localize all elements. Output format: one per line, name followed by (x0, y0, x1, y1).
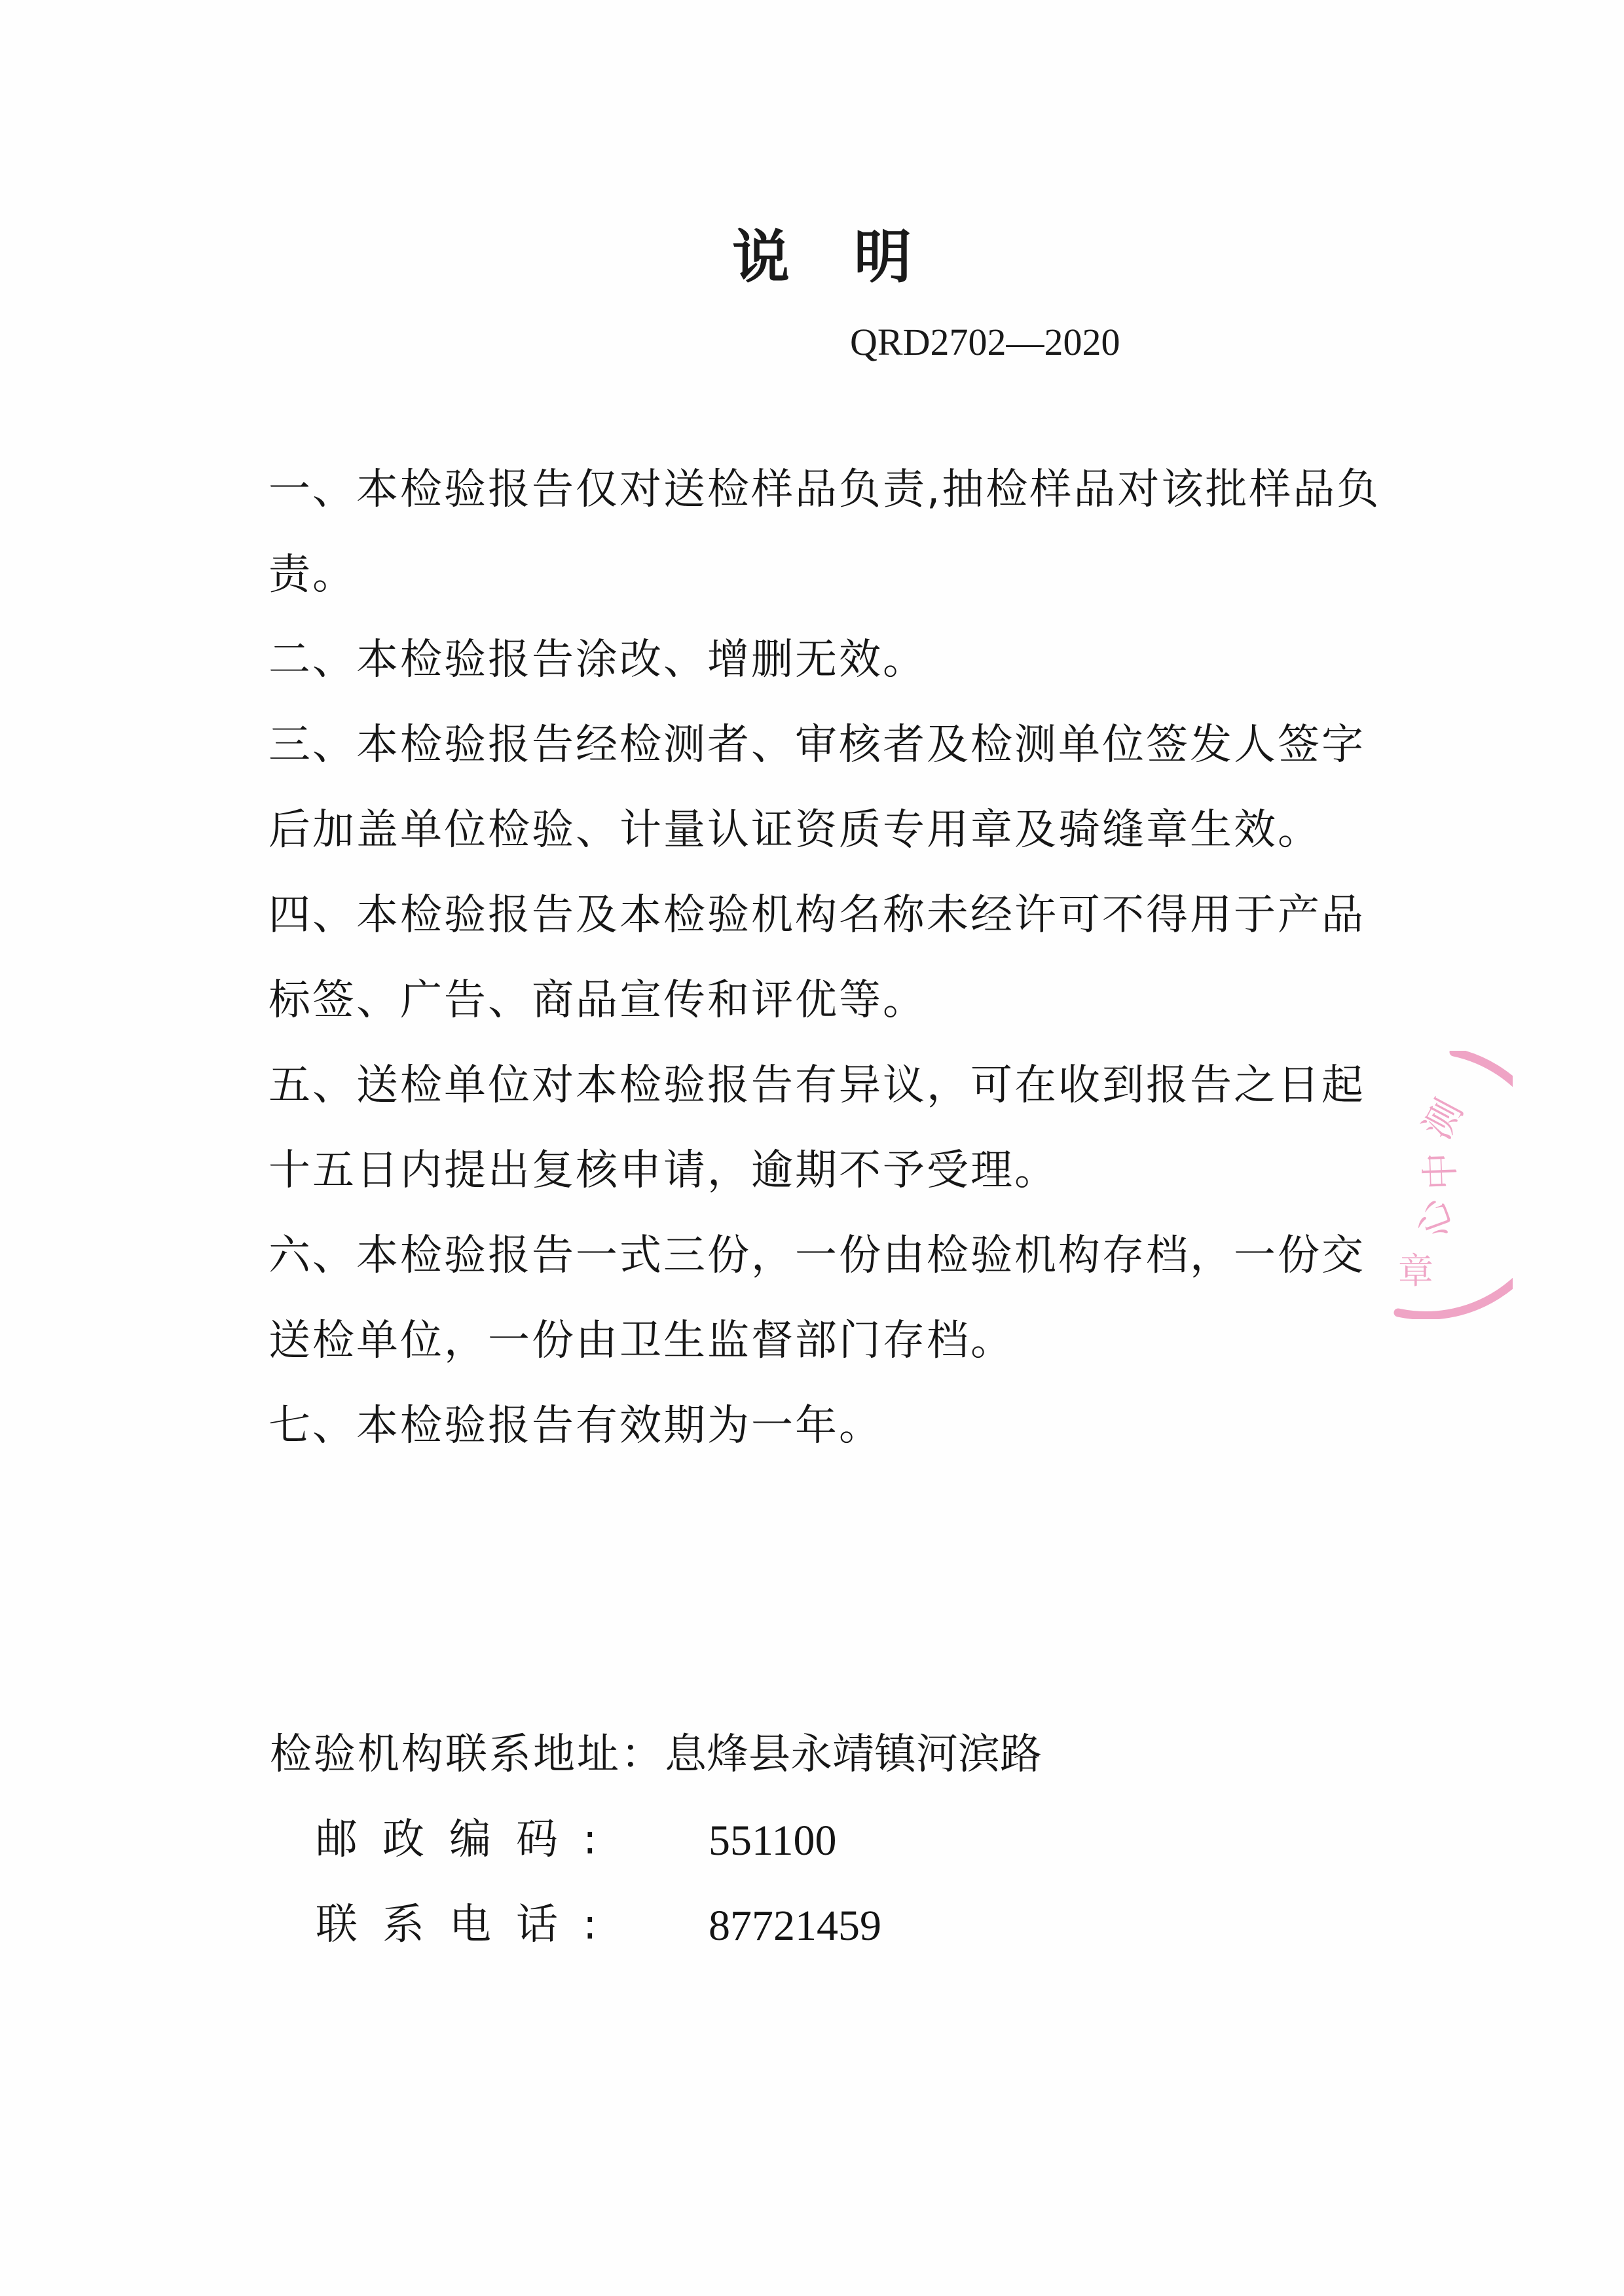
clause-line: 四、本检验报告及本检验机构名称未经许可不得用于产品 (268, 873, 1395, 958)
clause-line: 二、本检验报告涂改、增删无效。 (268, 617, 1395, 702)
clause-line: 七、本检验报告有效期为一年。 (268, 1383, 1395, 1468)
stamp-char: 测 (1414, 1092, 1471, 1146)
contact-phone-row: 联系电话: 87721459 (270, 1882, 1252, 1967)
clause-line: 责。 (268, 532, 1395, 617)
contact-postcode-row: 邮政编码: 551100 (270, 1797, 1252, 1882)
address-value: 息烽县永靖镇河滨路 (665, 1730, 1042, 1779)
clause-line: 十五日内提出复核申请，逾期不予受理。 (268, 1128, 1395, 1213)
clauses-list: 一、本检验报告仅对送检样品负责,抽检样品对该批样品负 责。 二、本检验报告涂改、… (268, 447, 1395, 1468)
phone-label: 联系电话: (316, 1882, 622, 1967)
clause-line: 标签、广告、商品宣传和评优等。 (268, 958, 1395, 1043)
clause-line: 送检单位，一份由卫生监督部门存档。 (268, 1298, 1395, 1383)
stamp-char: 章 (1398, 1250, 1433, 1292)
clause-line: 后加盖单位检验、计量认证资质专用章及骑缝章生效。 (268, 788, 1395, 873)
document-page: 说 明 QRD2702—2020 一、本检验报告仅对送检样品负责,抽检样品对该批… (0, 0, 1624, 2296)
phone-value: 87721459 (709, 1884, 881, 1969)
clause-7: 七、本检验报告有效期为一年。 (268, 1383, 1395, 1468)
clause-3: 三、本检验报告经检测者、审核者及检测单位签发人签字 后加盖单位检验、计量认证资质… (268, 702, 1395, 873)
title-char-2: 明 (854, 221, 912, 293)
page-title: 说 明 (732, 221, 912, 293)
clause-4: 四、本检验报告及本检验机构名称未经许可不得用于产品 标签、广告、商品宣传和评优等… (268, 873, 1395, 1043)
clause-5: 五、送检单位对本检验报告有异议，可在收到报告之日起 十五日内提出复核申请，逾期不… (268, 1043, 1395, 1213)
clause-2: 二、本检验报告涂改、增删无效。 (268, 617, 1395, 702)
clause-line: 五、送检单位对本检验报告有异议，可在收到报告之日起 (268, 1043, 1395, 1128)
title-char-1: 说 (732, 221, 790, 293)
document-code: QRD2702—2020 (850, 321, 1120, 364)
stamp-char: 中 (1418, 1152, 1464, 1191)
contact-address-row: 检验机构联系地址：息烽县永靖镇河滨路 (270, 1712, 1252, 1797)
title-spacer (790, 221, 854, 293)
contact-block: 检验机构联系地址：息烽县永靖镇河滨路 邮政编码: 551100 联系电话: 87… (270, 1712, 1252, 1967)
clause-6: 六、本检验报告一式三份，一份由检验机构存档，一份交 送检单位，一份由卫生监督部门… (268, 1213, 1395, 1383)
stamp-char: 心 (1407, 1192, 1462, 1245)
address-label: 检验机构联系地址： (270, 1730, 665, 1779)
clause-line: 六、本检验报告一式三份，一份由检验机构存档，一份交 (268, 1213, 1395, 1298)
clause-line: 三、本检验报告经检测者、审核者及检测单位签发人签字 (268, 702, 1395, 788)
postcode-label: 邮政编码: (316, 1797, 622, 1882)
clause-1: 一、本检验报告仅对送检样品负责,抽检样品对该批样品负 责。 (268, 447, 1395, 617)
clause-line: 一、本检验报告仅对送检样品负责,抽检样品对该批样品负 (268, 447, 1395, 532)
postcode-value: 551100 (709, 1798, 837, 1884)
